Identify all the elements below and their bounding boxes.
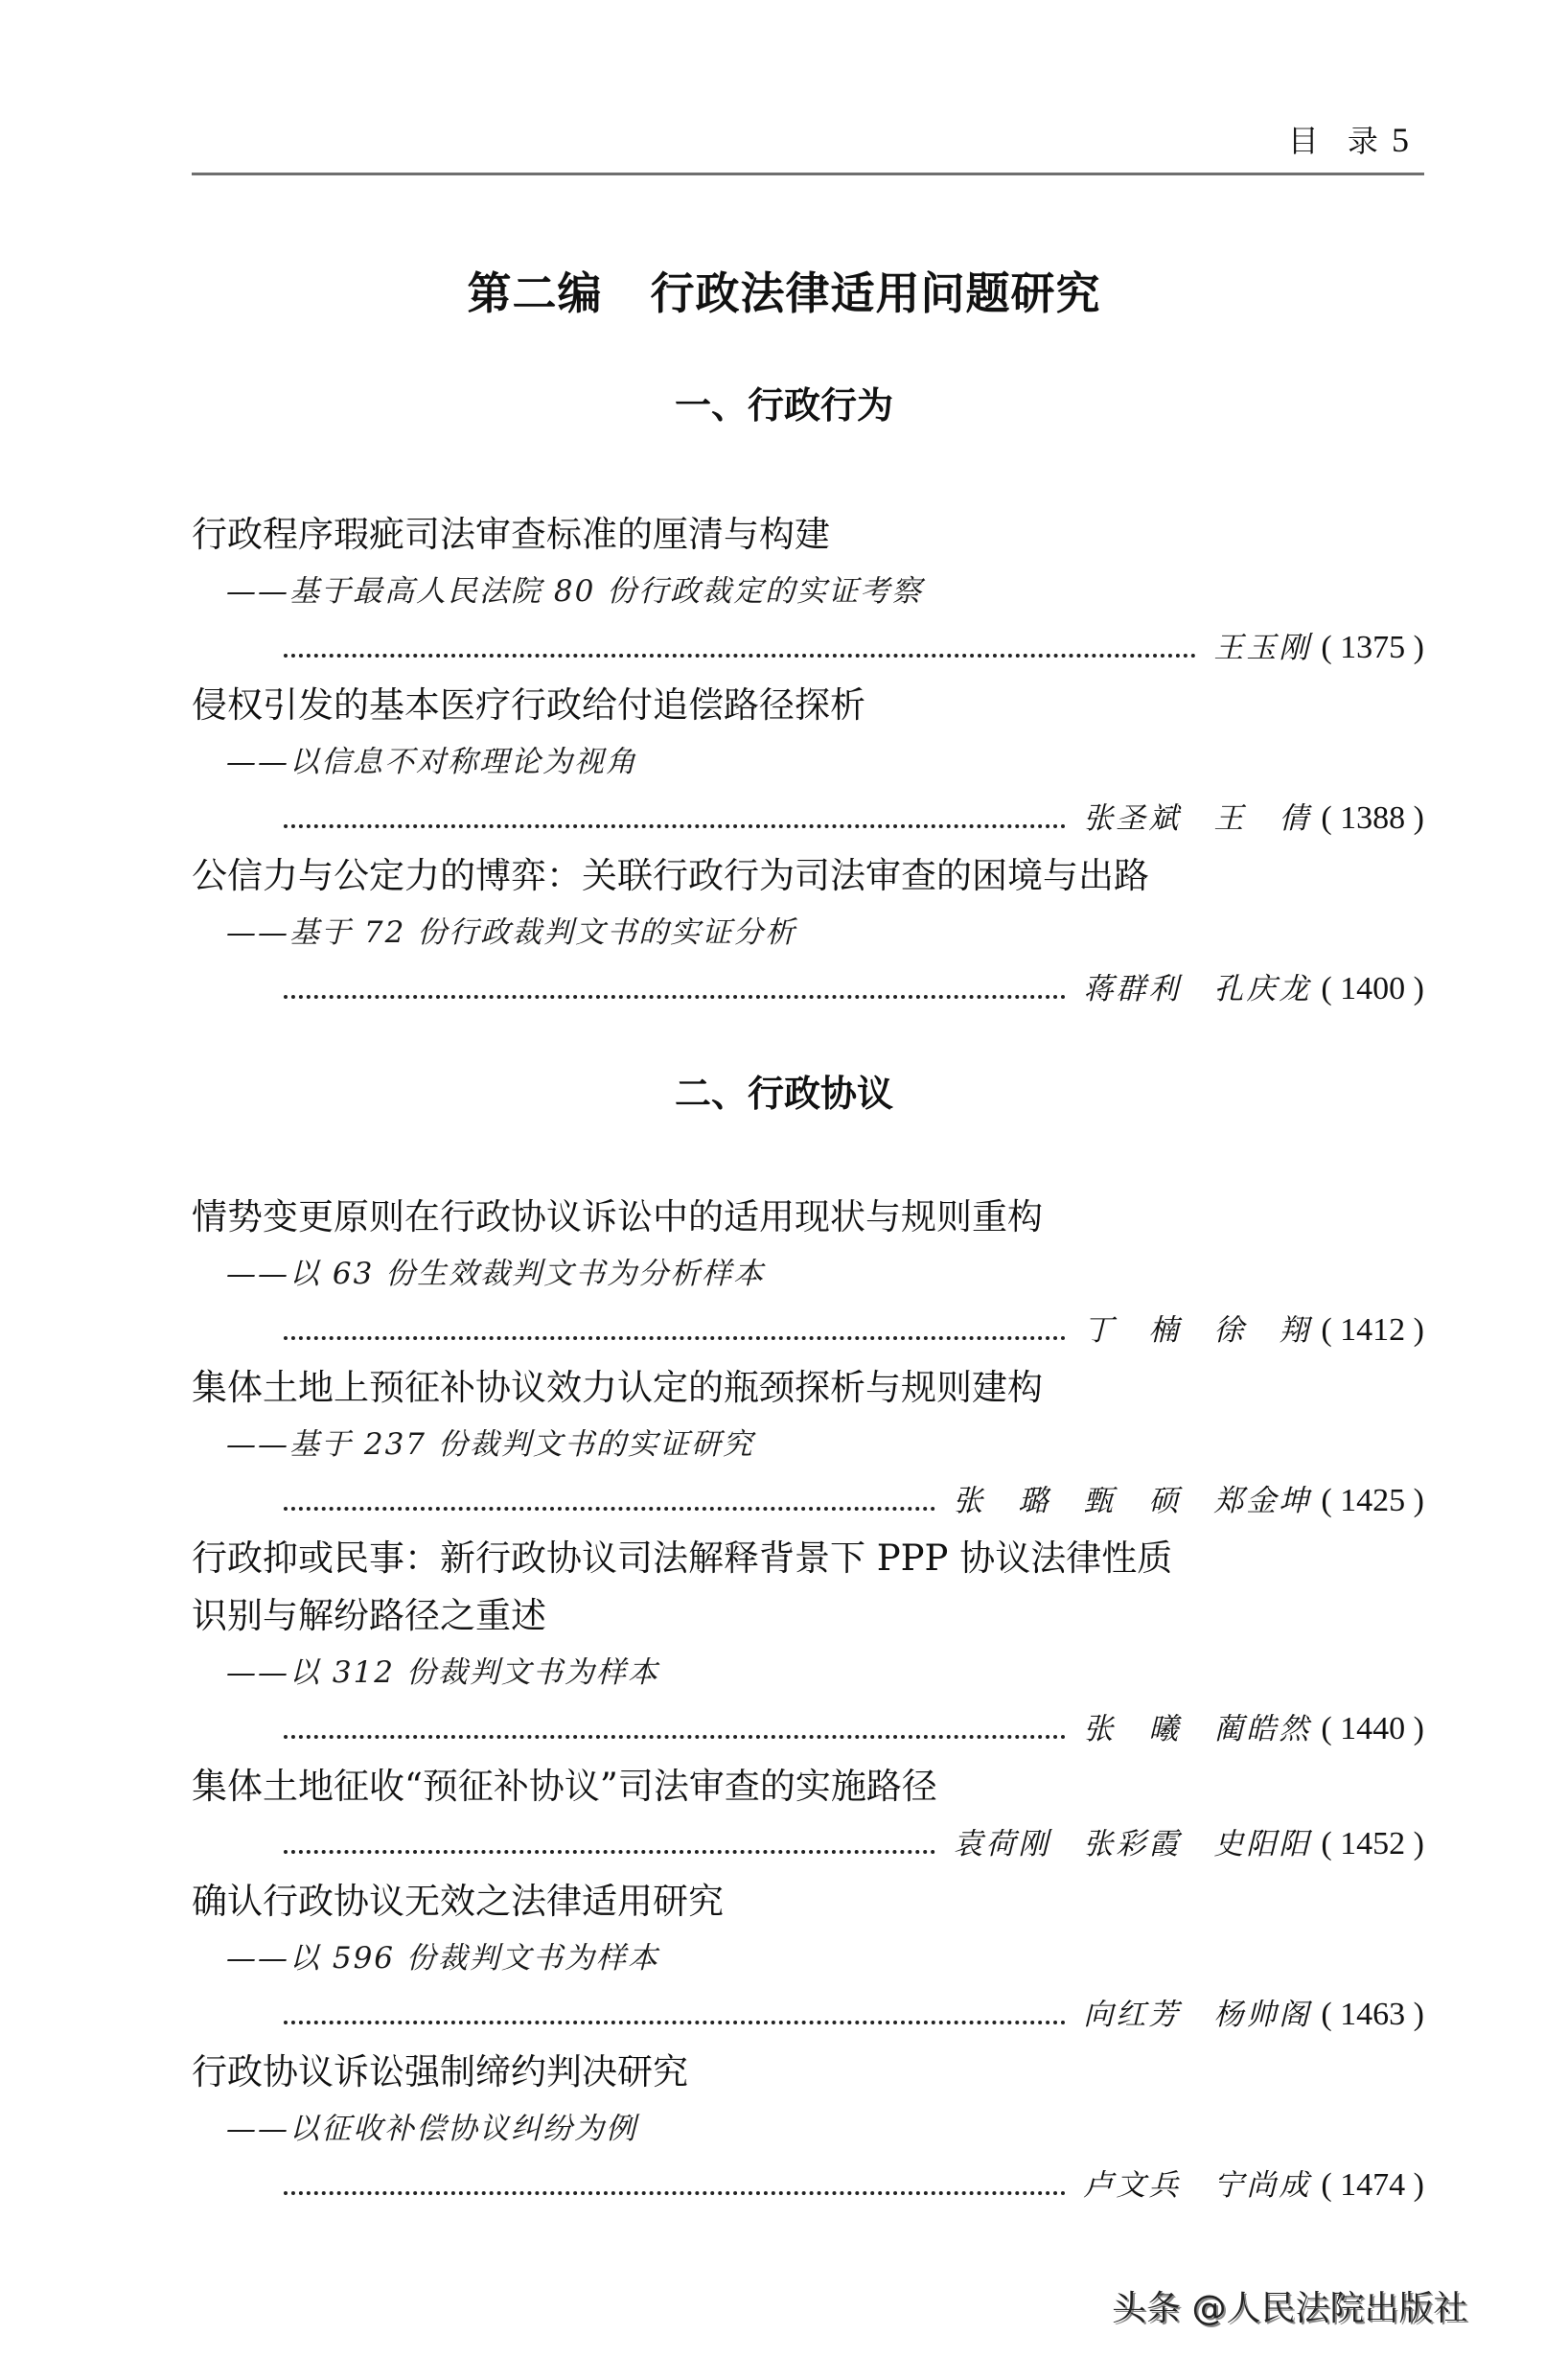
entry-subtitle: ——以 596 份裁判文书为样本 — [192, 1930, 1424, 1986]
entry-leader-line: 张圣斌 王 倩 ( 1388 ) — [192, 790, 1424, 847]
entry-title: 确认行政协议无效之法律适用研究 — [192, 1873, 1424, 1930]
entry-page: ( 1440 ) — [1321, 1700, 1424, 1758]
watermark: 头条 @人民法院出版社 — [1112, 2281, 1467, 2330]
entry-subtitle: ——以征收补偿协议纠纷为例 — [192, 2101, 1424, 2157]
entry-authors: 丁 楠 徐 翔 — [1083, 1302, 1311, 1359]
toc-entry[interactable]: 情势变更原则在行政协议诉讼中的适用现状与规则重构 ——以 63 份生效裁判文书为… — [192, 1189, 1424, 1359]
entry-page: ( 1425 ) — [1321, 1472, 1424, 1530]
dot-leader — [284, 621, 1196, 658]
part-name: 行政法律适用问题研究 — [651, 267, 1101, 319]
part-label: 第二编 — [468, 267, 603, 319]
entry-leader-line: 向红芳 杨帅阁 ( 1463 ) — [192, 1986, 1424, 2044]
entry-title: 行政协议诉讼强制缔约判决研究 — [192, 2044, 1424, 2101]
dot-leader — [284, 962, 1066, 999]
running-header: 目录 5 — [192, 107, 1424, 174]
entry-leader-line: 张 曦 蔺皓然 ( 1440 ) — [192, 1700, 1424, 1758]
dot-leader — [284, 792, 1066, 828]
entry-title-line-1: 行政抑或民事：新行政协议司法解释背景下 PPP 协议法律性质 — [192, 1530, 1424, 1587]
entry-subtitle: ——以信息不对称理论为视角 — [192, 734, 1424, 790]
part-title: 第二编行政法律适用问题研究 — [0, 259, 1568, 322]
entry-authors: 张圣斌 王 倩 — [1083, 790, 1311, 847]
entry-authors: 张 璐 甄 硕 郑金坤 — [953, 1472, 1311, 1530]
toc-entry[interactable]: 侵权引发的基本医疗行政给付追偿路径探析 ——以信息不对称理论为视角 张圣斌 王 … — [192, 677, 1424, 847]
dot-leader — [284, 1988, 1066, 2024]
entry-page: ( 1400 ) — [1321, 960, 1424, 1018]
toc-entry[interactable]: 集体土地上预征补协议效力认定的瓶颈探析与规则建构 ——基于 237 份裁判文书的… — [192, 1359, 1424, 1530]
toc-entry[interactable]: 行政协议诉讼强制缔约判决研究 ——以征收补偿协议纠纷为例 卢文兵 宁尚成 ( 1… — [192, 2044, 1424, 2214]
entry-title-line-2: 识别与解纷路径之重述 — [192, 1587, 1424, 1645]
entry-authors: 袁荷刚 张彩霞 史阳阳 — [953, 1815, 1311, 1873]
header-label-char-1: 目 — [1288, 123, 1321, 159]
entry-subtitle: ——基于最高人民法院 80 份行政裁定的实证考察 — [192, 564, 1424, 619]
entry-page: ( 1375 ) — [1321, 619, 1424, 677]
dot-leader — [284, 1474, 935, 1511]
entry-subtitle: ——基于 237 份裁判文书的实证研究 — [192, 1417, 1424, 1472]
header-label: 目录 5 — [1288, 117, 1411, 161]
entry-authors: 王玉刚 — [1213, 619, 1311, 677]
entry-authors: 卢文兵 宁尚成 — [1083, 2157, 1311, 2214]
entry-page: ( 1474 ) — [1321, 2157, 1424, 2214]
dot-leader — [284, 1817, 935, 1854]
header-rule — [192, 173, 1424, 175]
entry-subtitle: ——以 63 份生效裁判文书为分析样本 — [192, 1246, 1424, 1302]
entry-leader-line: 蒋群利 孔庆龙 ( 1400 ) — [192, 960, 1424, 1018]
header-label-char-2: 录 — [1348, 123, 1380, 159]
toc-entry[interactable]: 行政程序瑕疵司法审查标准的厘清与构建 ——基于最高人民法院 80 份行政裁定的实… — [192, 506, 1424, 677]
section-heading: 一、行政行为 — [0, 376, 1568, 428]
entry-title: 情势变更原则在行政协议诉讼中的适用现状与规则重构 — [192, 1189, 1424, 1246]
toc-entry[interactable]: 确认行政协议无效之法律适用研究 ——以 596 份裁判文书为样本 向红芳 杨帅阁… — [192, 1873, 1424, 2044]
section-heading: 二、行政协议 — [0, 1064, 1568, 1117]
entry-authors: 蒋群利 孔庆龙 — [1083, 960, 1311, 1018]
header-page-number: 5 — [1392, 121, 1411, 159]
entry-page: ( 1388 ) — [1321, 790, 1424, 847]
entry-title: 集体土地上预征补协议效力认定的瓶颈探析与规则建构 — [192, 1359, 1424, 1417]
entry-leader-line: 袁荷刚 张彩霞 史阳阳 ( 1452 ) — [192, 1815, 1424, 1873]
entry-leader-line: 张 璐 甄 硕 郑金坤 ( 1425 ) — [192, 1472, 1424, 1530]
entry-page: ( 1463 ) — [1321, 1986, 1424, 2044]
entry-title: 公信力与公定力的博弈：关联行政行为司法审查的困境与出路 — [192, 847, 1424, 905]
toc-entry[interactable]: 集体土地征收“预征补协议”司法审查的实施路径 袁荷刚 张彩霞 史阳阳 ( 145… — [192, 1758, 1424, 1873]
dot-leader — [284, 2159, 1066, 2195]
entry-title: 侵权引发的基本医疗行政给付追偿路径探析 — [192, 677, 1424, 734]
entry-leader-line: 卢文兵 宁尚成 ( 1474 ) — [192, 2157, 1424, 2214]
entry-title: 集体土地征收“预征补协议”司法审查的实施路径 — [192, 1758, 1424, 1815]
entry-authors: 张 曦 蔺皓然 — [1083, 1700, 1311, 1758]
entry-leader-line: 王玉刚 ( 1375 ) — [192, 619, 1424, 677]
toc-entry[interactable]: 行政抑或民事：新行政协议司法解释背景下 PPP 协议法律性质 识别与解纷路径之重… — [192, 1530, 1424, 1758]
entry-subtitle: ——以 312 份裁判文书为样本 — [192, 1645, 1424, 1700]
entry-page: ( 1412 ) — [1321, 1302, 1424, 1359]
toc-entry[interactable]: 公信力与公定力的博弈：关联行政行为司法审查的困境与出路 ——基于 72 份行政裁… — [192, 847, 1424, 1018]
entry-leader-line: 丁 楠 徐 翔 ( 1412 ) — [192, 1302, 1424, 1359]
entry-authors: 向红芳 杨帅阁 — [1083, 1986, 1311, 2044]
entry-page: ( 1452 ) — [1321, 1815, 1424, 1873]
entry-subtitle: ——基于 72 份行政裁判文书的实证分析 — [192, 905, 1424, 960]
dot-leader — [284, 1304, 1066, 1340]
dot-leader — [284, 1702, 1066, 1739]
entry-title: 行政程序瑕疵司法审查标准的厘清与构建 — [192, 506, 1424, 564]
